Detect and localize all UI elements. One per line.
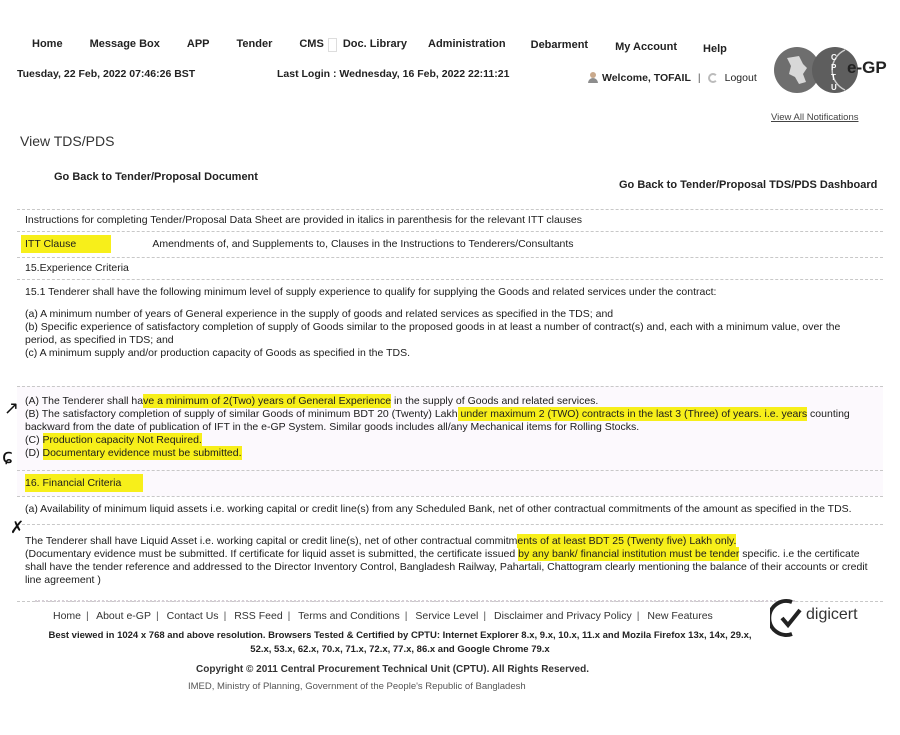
tds-table: Instructions for completing Tender/Propo… bbox=[17, 209, 883, 602]
handwritten-cross-icon: ✗ bbox=[10, 518, 24, 538]
section-16-title: 16. Financial Criteria bbox=[25, 474, 143, 492]
back-to-document-link[interactable]: Go Back to Tender/Proposal Document bbox=[54, 171, 258, 183]
svg-text:T: T bbox=[831, 73, 836, 82]
instructions-text: Instructions for completing Tender/Propo… bbox=[25, 214, 582, 226]
welcome-text: Welcome, TOFAIL bbox=[602, 72, 691, 84]
nav-debarment[interactable]: Debarment bbox=[531, 39, 588, 53]
egp-logo[interactable]: C P T U e-GP bbox=[773, 44, 893, 96]
nav-administration[interactable]: Administration bbox=[428, 38, 506, 52]
back-to-dashboard-link[interactable]: Go Back to Tender/Proposal TDS/PDS Dashb… bbox=[619, 179, 877, 191]
documentary-evidence-note: (Documentary evidence must be submitted.… bbox=[25, 548, 875, 587]
section-16-a-row: (a) Availability of minimum liquid asset… bbox=[17, 496, 883, 524]
logout-icon[interactable] bbox=[708, 73, 718, 83]
page-title: View TDS/PDS bbox=[20, 133, 114, 149]
footer-link-service-level[interactable]: Service Level bbox=[415, 610, 478, 622]
experience-requirements-row: (A) The Tenderer shall have a minimum of… bbox=[17, 386, 883, 470]
nav-tender[interactable]: Tender bbox=[237, 38, 273, 52]
section-15-a: (a) A minimum number of years of General… bbox=[25, 308, 875, 321]
browser-support-note: Best viewed in 1024 x 768 and above reso… bbox=[40, 629, 760, 657]
footer-link-rss[interactable]: RSS Feed bbox=[234, 610, 282, 622]
footer-links: Home| About e-GP| Contact Us| RSS Feed| … bbox=[53, 610, 713, 622]
footer-link-privacy[interactable]: Disclaimer and Privacy Policy bbox=[494, 610, 632, 622]
section-15-c: (c) A minimum supply and/or production c… bbox=[25, 347, 875, 360]
view-all-notifications-link[interactable]: View All Notifications bbox=[771, 112, 858, 123]
nav-message-box[interactable]: Message Box bbox=[90, 38, 160, 52]
last-login: Last Login : Wednesday, 16 Feb, 2022 22:… bbox=[277, 68, 509, 80]
requirement-d: (D) Documentary evidence must be submitt… bbox=[25, 447, 875, 460]
main-nav: Home Message Box APP Tender CMS Doc. Lib… bbox=[32, 38, 727, 52]
requirement-b: (B) The satisfactory completion of suppl… bbox=[25, 408, 875, 434]
svg-text:P: P bbox=[831, 63, 837, 72]
itt-clause-label: ITT Clause bbox=[21, 235, 111, 253]
footer-link-new-features[interactable]: New Features bbox=[647, 610, 712, 622]
user-icon bbox=[588, 72, 598, 84]
current-datetime: Tuesday, 22 Feb, 2022 07:46:26 BST bbox=[17, 68, 195, 80]
footer-link-contact[interactable]: Contact Us bbox=[167, 610, 219, 622]
section-15-b: (b) Specific experience of satisfactory … bbox=[25, 321, 875, 347]
itt-header-row: ITT Clause Amendments of, and Supplement… bbox=[17, 231, 883, 257]
financial-requirement-row: The Tenderer shall have Liquid Asset i.e… bbox=[17, 524, 883, 602]
digicert-check-icon bbox=[770, 598, 810, 638]
section-16-title-row: 16. Financial Criteria bbox=[17, 470, 883, 496]
section-15-title: 15.Experience Criteria bbox=[25, 262, 129, 274]
section-15-1: 15.1 Tenderer shall have the following m… bbox=[25, 286, 875, 299]
separator: | bbox=[698, 72, 701, 84]
nav-cms[interactable]: CMS bbox=[299, 38, 323, 52]
digicert-seal[interactable]: digicert bbox=[770, 598, 880, 638]
doc-library-icon bbox=[328, 38, 337, 52]
handwritten-arrow-icon: ↗ bbox=[4, 398, 19, 419]
logo-text: e-GP bbox=[847, 58, 887, 78]
handwritten-mark-icon: ɕ bbox=[2, 444, 13, 468]
section-15-title-row: 15.Experience Criteria bbox=[17, 257, 883, 279]
section-16-a: (a) Availability of minimum liquid asset… bbox=[25, 503, 852, 515]
nav-home[interactable]: Home bbox=[32, 38, 63, 52]
footer-link-home[interactable]: Home bbox=[53, 610, 81, 622]
footer-link-about[interactable]: About e-GP bbox=[96, 610, 151, 622]
svg-text:C: C bbox=[831, 53, 837, 62]
nav-doc-library[interactable]: Doc. Library bbox=[343, 38, 407, 52]
footer-divider bbox=[35, 600, 795, 602]
svg-text:U: U bbox=[831, 83, 837, 92]
digicert-text: digicert bbox=[806, 606, 858, 624]
instructions-row: Instructions for completing Tender/Propo… bbox=[17, 209, 883, 231]
liquid-asset-requirement: The Tenderer shall have Liquid Asset i.e… bbox=[25, 535, 875, 548]
imed-credit: IMED, Ministry of Planning, Government o… bbox=[188, 681, 526, 692]
nav-my-account[interactable]: My Account bbox=[615, 41, 677, 55]
itt-clause-description: Amendments of, and Supplements to, Claus… bbox=[152, 238, 573, 250]
copyright: Copyright © 2011 Central Procurement Tec… bbox=[196, 664, 589, 675]
nav-help[interactable]: Help bbox=[703, 43, 727, 57]
nav-app[interactable]: APP bbox=[187, 38, 210, 52]
section-15-body-row: 15.1 Tenderer shall have the following m… bbox=[17, 279, 883, 386]
footer-link-terms[interactable]: Terms and Conditions bbox=[298, 610, 400, 622]
logout-link[interactable]: Logout bbox=[725, 72, 757, 84]
user-area: Welcome, TOFAIL | Logout bbox=[588, 72, 757, 84]
